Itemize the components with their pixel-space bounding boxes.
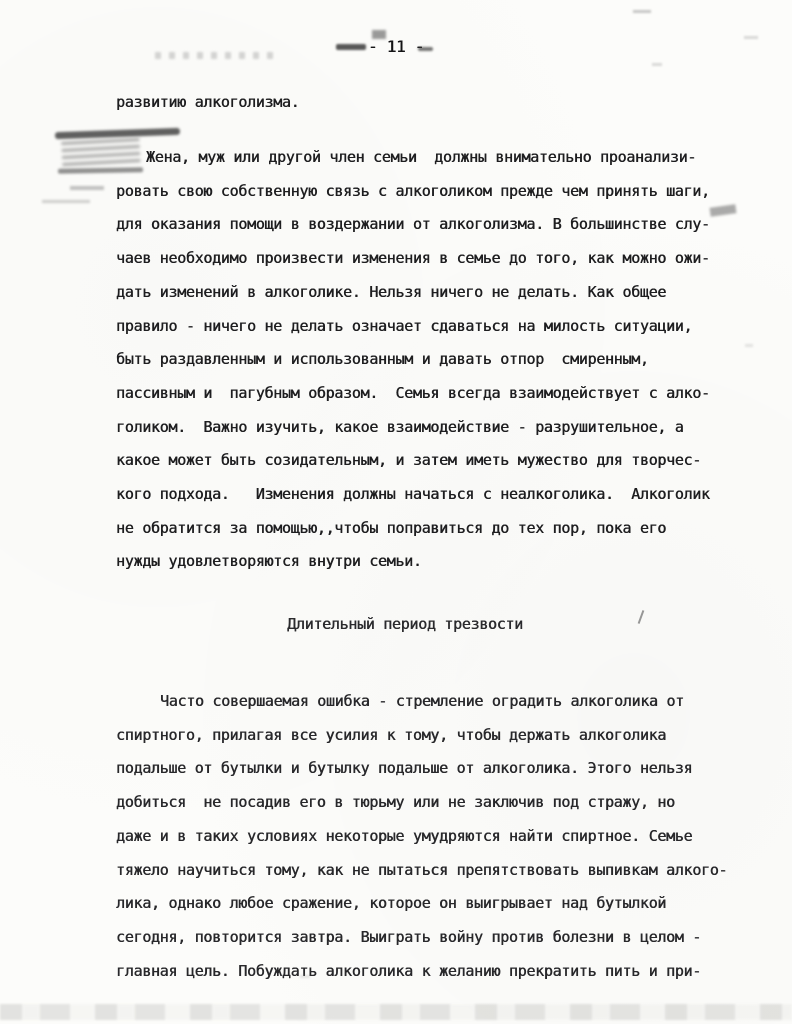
scanner-edge-band — [0, 1004, 792, 1020]
scan-speck — [745, 344, 753, 347]
margin-ink-smear — [55, 128, 180, 139]
scan-speck — [633, 10, 651, 13]
carryover-line: развитию алкоголизма. — [116, 86, 299, 120]
scanned-typewritten-page: - 11 - развитию алкоголизма. Жена, муж и… — [0, 0, 792, 1024]
margin-ink-smear — [70, 186, 104, 190]
paragraph-long-sobriety: Часто совершаемая ошибка - стремление ог… — [116, 685, 736, 988]
section-heading: Длительный период трезвости — [0, 608, 792, 642]
margin-ink-smear — [42, 200, 90, 203]
page-number: - 11 - — [0, 30, 792, 64]
paragraph-family-analysis: Жена, муж или другой член семьи должны в… — [116, 141, 726, 579]
